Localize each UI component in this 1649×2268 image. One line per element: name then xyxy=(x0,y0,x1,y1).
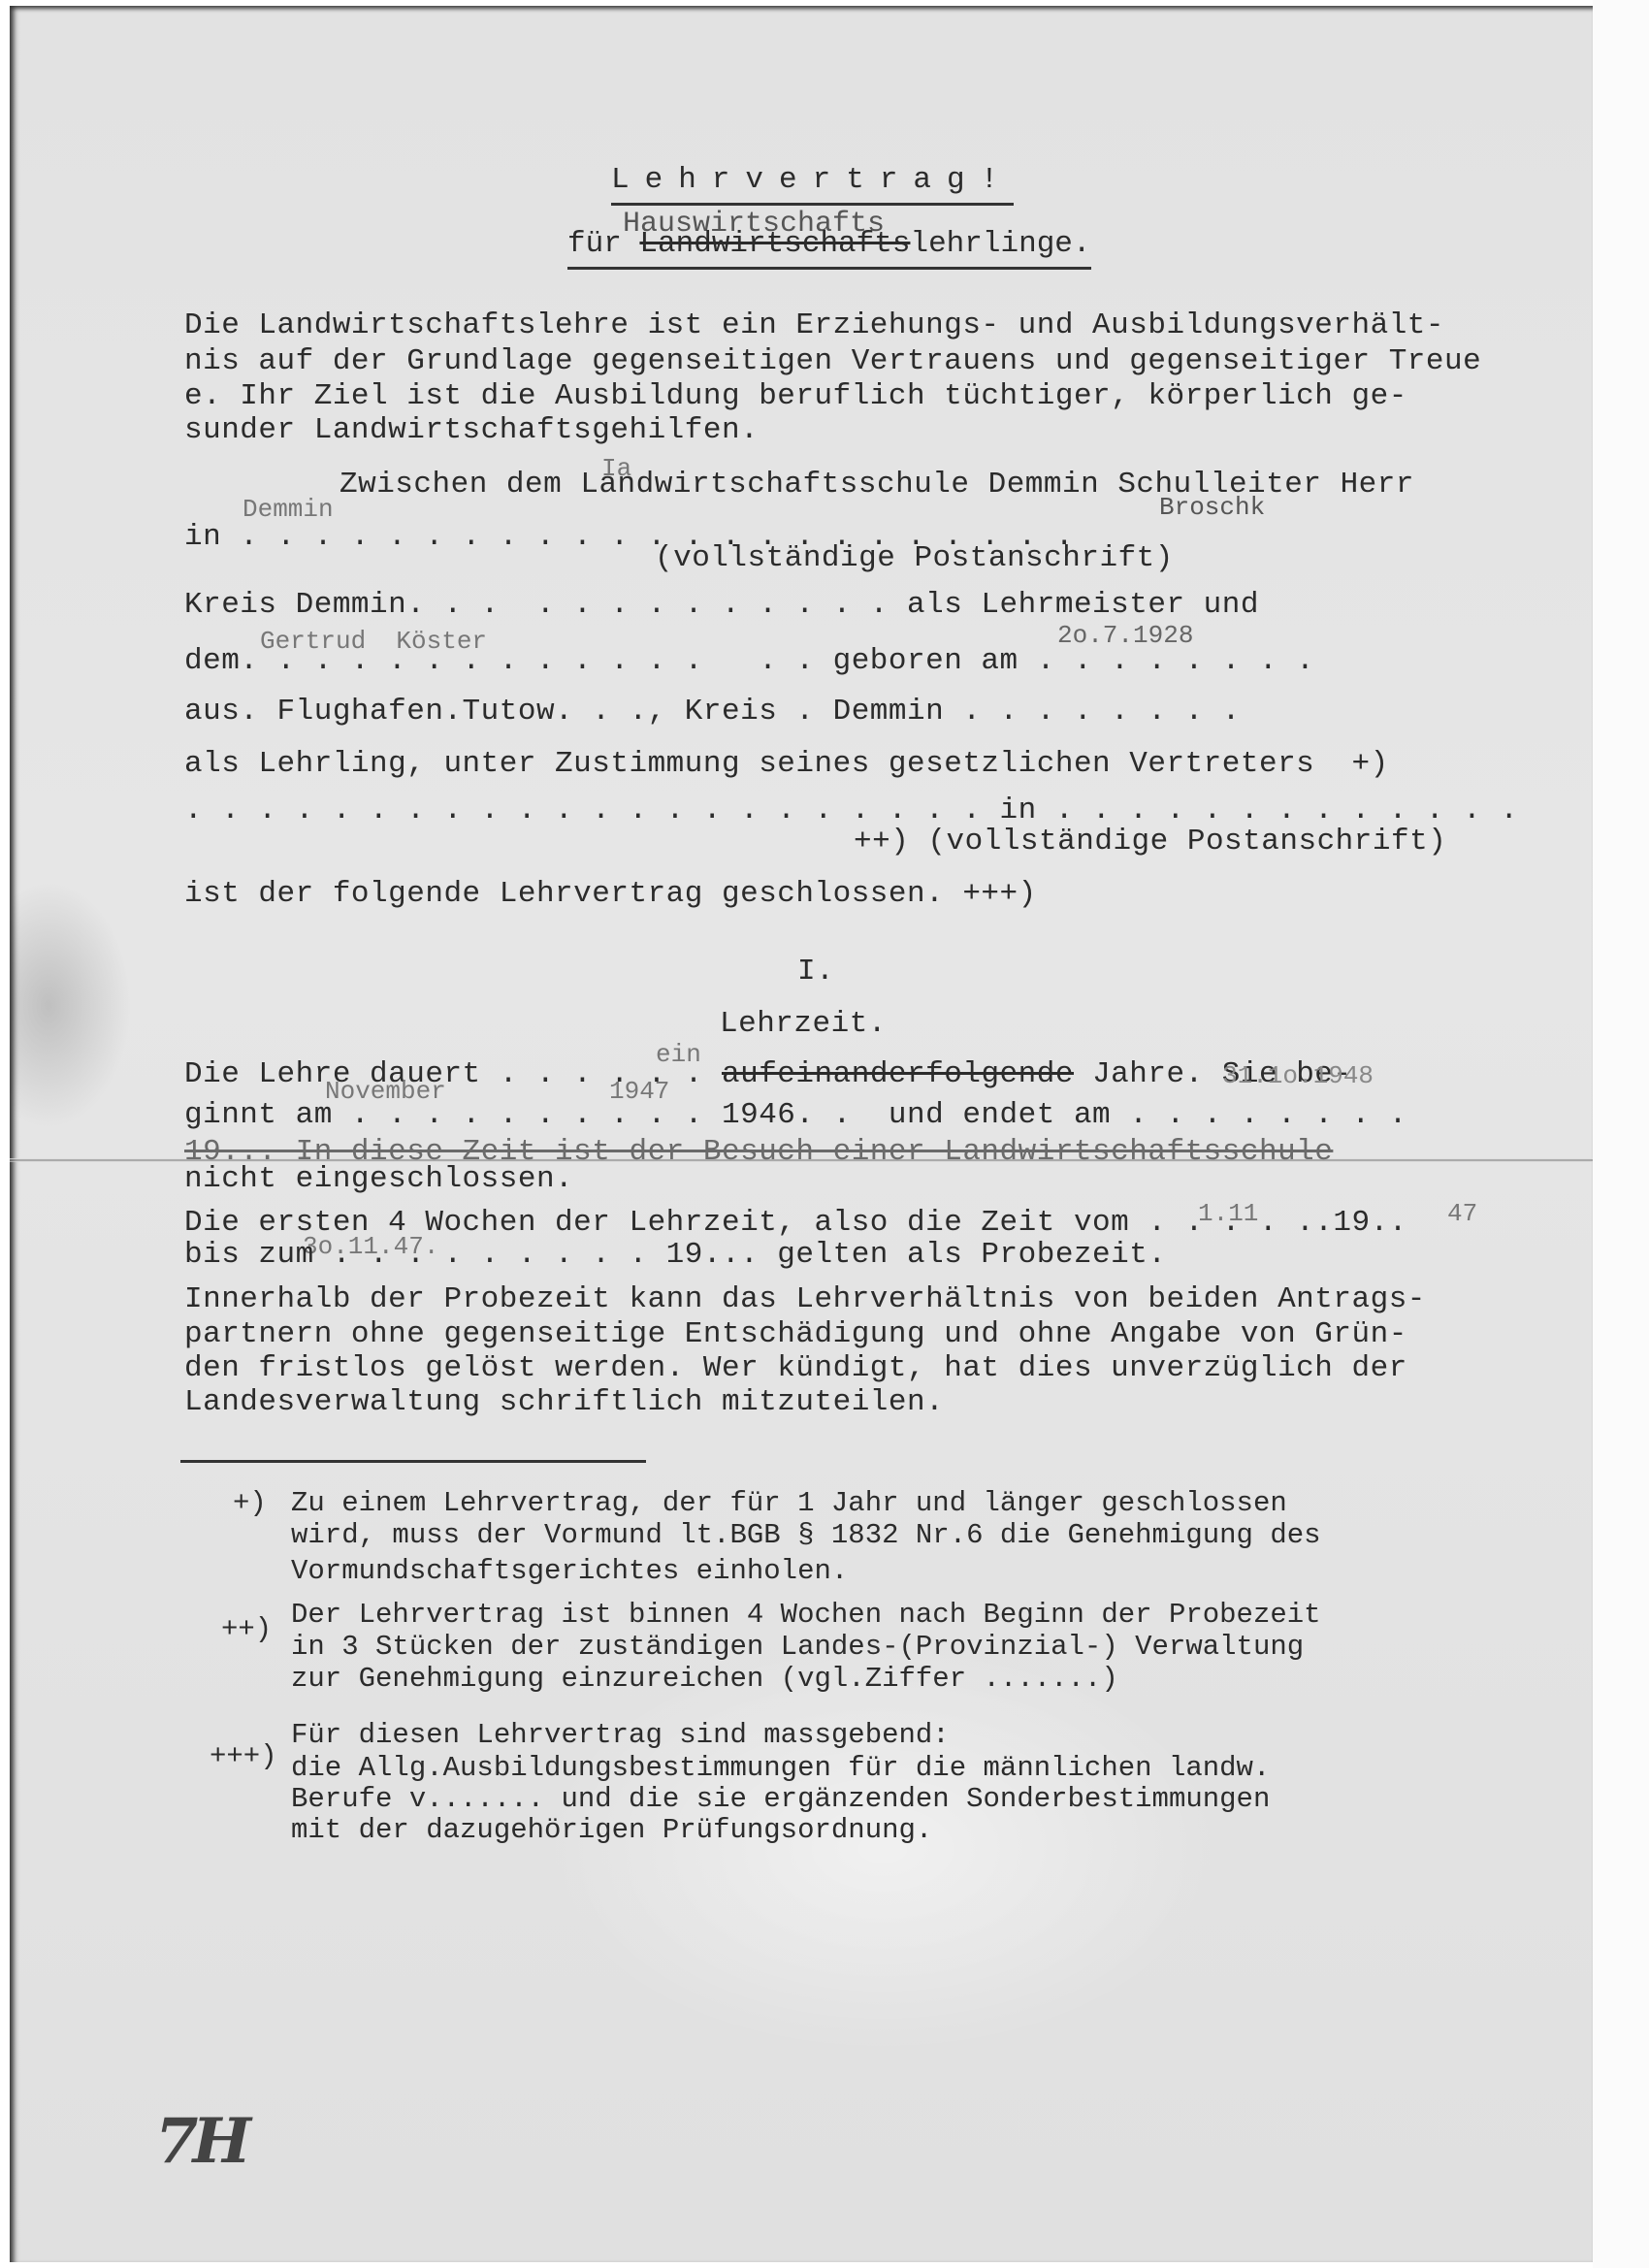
termination-line: Landesverwaltung schriftlich mitzuteilen… xyxy=(184,1387,944,1417)
handwritten-initials: 7H xyxy=(155,2105,245,2178)
footnote-line: Zu einem Lehrvertrag, der für 1 Jahr und… xyxy=(291,1489,1287,1517)
start-end-line: ginnt am . . . . . . . . . . 1946. . und… xyxy=(184,1100,1407,1130)
scan-margin xyxy=(1593,0,1649,2268)
footnote-marker: +) xyxy=(233,1489,267,1517)
footnote-line: Berufe v....... und die sie ergänzenden … xyxy=(291,1785,1270,1813)
guardian-address-hint: ++) (vollständige Postanschrift) xyxy=(854,826,1446,857)
intro-line: sunder Landwirtschaftsgehilfen. xyxy=(184,415,759,445)
footnote-line: Für diesen Lehrvertrag sind massgebend: xyxy=(291,1721,950,1749)
intro-line: nis auf der Grundlage gegenseitigen Vert… xyxy=(184,346,1481,376)
footnote-line: mit der dazugehörigen Prüfungsordnung. xyxy=(291,1816,932,1844)
probation-line-2: bis zum . . . . . . . . . 19... gelten a… xyxy=(184,1240,1166,1270)
duration-struck-word: aufeinanderfolgende xyxy=(722,1057,1074,1091)
subtitle-prefix: für xyxy=(567,227,639,261)
address-hint: (vollständige Postanschrift) xyxy=(655,543,1174,573)
parties-line-kreis: Kreis Demmin. . . . . . . . . . . . . al… xyxy=(184,590,1259,620)
footnote-line: wird, muss der Vormund lt.BGB § 1832 Nr.… xyxy=(291,1521,1321,1549)
termination-line: partnern ohne gegenseitige Entschädigung… xyxy=(184,1319,1407,1349)
subtitle-suffix: lehrlinge. xyxy=(910,227,1090,261)
termination-line: den fristlos gelöst werden. Wer kündigt,… xyxy=(184,1353,1407,1383)
document-title: Lehrvertrag! xyxy=(611,163,1014,206)
footnote-marker: +++) xyxy=(210,1742,277,1770)
document-subtitle: für Landwirtschaftslehrlinge. xyxy=(567,227,1091,270)
parties-line-consent: als Lehrling, unter Zustimmung seines ge… xyxy=(184,749,1389,779)
intro-line: Die Landwirtschaftslehre ist ein Erziehu… xyxy=(184,310,1444,340)
footnote-line: zur Genehmigung einzureichen (vgl.Ziffer… xyxy=(291,1665,1118,1693)
parties-line-closing: ist der folgende Lehrvertrag geschlossen… xyxy=(184,879,1037,909)
termination-line: Innerhalb der Probezeit kann das Lehrver… xyxy=(184,1284,1426,1314)
probation-year-insert: 47 xyxy=(1447,1199,1477,1228)
intro-line: e. Ihr Ziel ist die Ausbildung beruflich… xyxy=(184,381,1407,411)
end-date: 31.1o.1948 xyxy=(1222,1061,1374,1090)
footnote-marker: ++) xyxy=(221,1615,272,1643)
section-heading: Lehrzeit. xyxy=(720,1009,887,1039)
footnote-line: Vormundschaftsgerichtes einholen. xyxy=(291,1557,848,1585)
footnote-line: die Allg.Ausbildungsbestimmungen für die… xyxy=(291,1754,1270,1782)
footnote-line: Der Lehrvertrag ist binnen 4 Wochen nach… xyxy=(291,1601,1321,1629)
footnote-rule xyxy=(180,1460,646,1463)
subtitle-struck-word: Landwirtschafts xyxy=(639,227,910,261)
section-number: I. xyxy=(797,956,834,987)
footnote-line: in 3 Stücken der zuständigen Landes-(Pro… xyxy=(291,1633,1304,1661)
parties-line-from: aus. Flughafen.Tutow. . ., Kreis . Demmi… xyxy=(184,697,1241,727)
school-leader-name: Broschk xyxy=(1159,493,1265,522)
parties-line-guardian: . . . . . . . . . . . . . . . . . . . . … xyxy=(184,795,1518,826)
not-included-line: nicht eingeschlossen. xyxy=(184,1164,573,1194)
parties-line-born: dem. . . . . . . . . . . . . . . geboren… xyxy=(184,646,1314,676)
